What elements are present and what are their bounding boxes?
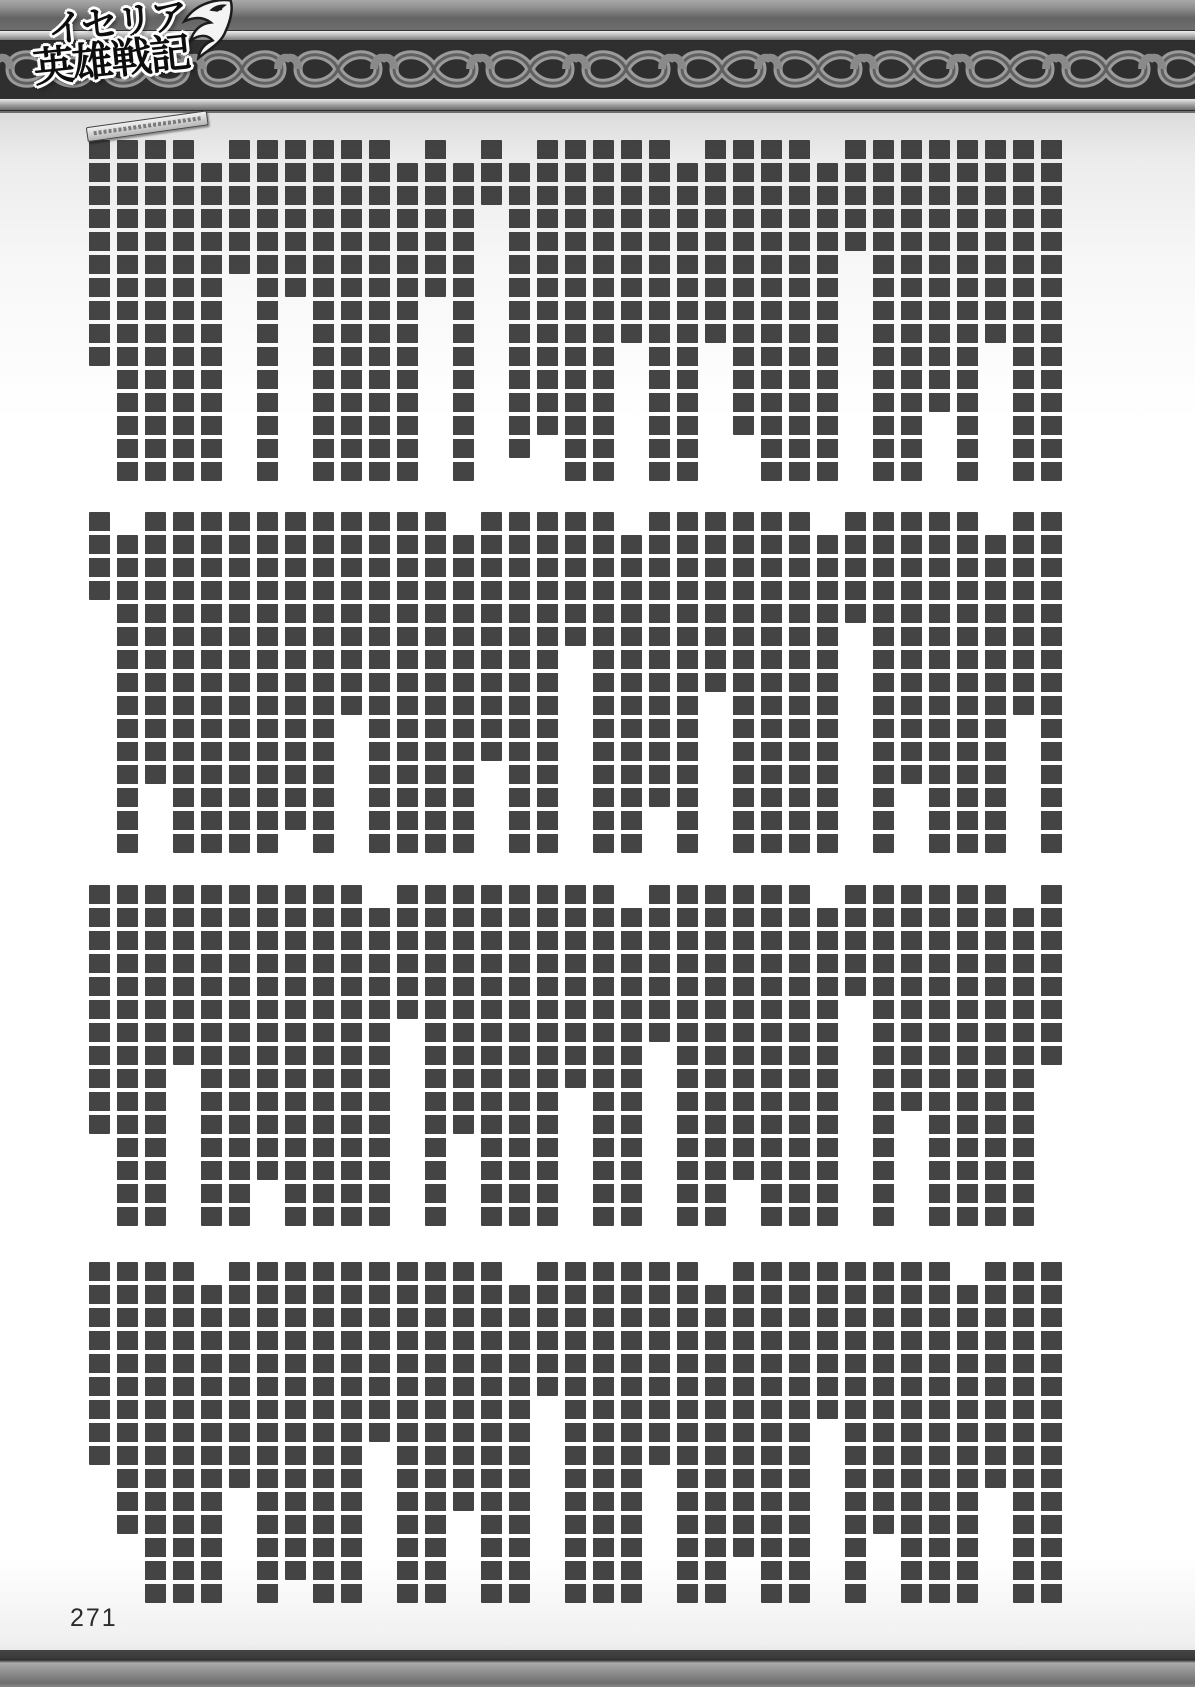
text-column-redacted (397, 512, 418, 853)
text-column-redacted (985, 885, 1006, 1226)
text-column-redacted (677, 512, 698, 853)
text-column-redacted (733, 885, 754, 1180)
text-column-redacted (1041, 1262, 1062, 1603)
text-column-redacted (621, 140, 642, 343)
text-column-redacted (985, 140, 1006, 343)
text-column-redacted (285, 512, 306, 830)
text-column-redacted (257, 885, 278, 1180)
text-column-redacted (89, 140, 110, 366)
text-column-redacted (789, 885, 810, 1226)
text-column-redacted (313, 512, 334, 853)
text-column-redacted (89, 1262, 110, 1465)
text-column-redacted (117, 1262, 138, 1534)
text-column-redacted (565, 1262, 586, 1603)
text-column-redacted (761, 885, 782, 1226)
text-column-redacted (817, 163, 838, 481)
text-column-redacted (453, 885, 474, 1134)
text-column-redacted (705, 140, 726, 343)
text-column-redacted (229, 140, 250, 274)
text-column-redacted (677, 885, 698, 1226)
text-column-redacted (229, 512, 250, 853)
text-column-redacted (509, 885, 530, 1226)
text-column-redacted (397, 163, 418, 481)
text-column-redacted (565, 885, 586, 1088)
text-column-redacted (89, 885, 110, 1134)
text-band-3 (80, 885, 1062, 1240)
text-column-redacted (649, 140, 670, 481)
text-column-redacted (873, 140, 894, 481)
text-column-redacted (901, 1262, 922, 1603)
text-column-redacted (621, 908, 642, 1226)
text-column-redacted (565, 512, 586, 646)
text-column-redacted (481, 1262, 502, 1603)
text-column-redacted (873, 512, 894, 853)
text-column-redacted (257, 1262, 278, 1603)
text-column-redacted (537, 140, 558, 435)
series-logo: イセリア 英雄戦記 (28, 0, 255, 143)
text-column-redacted (621, 1262, 642, 1603)
text-column-redacted (201, 163, 222, 481)
text-column-redacted (957, 1285, 978, 1603)
text-column-redacted (593, 140, 614, 481)
text-column-redacted (285, 885, 306, 1226)
text-column-redacted (1041, 140, 1062, 481)
logo-ribbon (86, 110, 209, 142)
text-column-redacted (369, 908, 390, 1226)
text-column-redacted (1041, 512, 1062, 853)
text-column-redacted (173, 140, 194, 481)
text-column-redacted (845, 1262, 866, 1603)
text-column-redacted (649, 512, 670, 807)
text-column-redacted (117, 535, 138, 853)
text-column-redacted (705, 1285, 726, 1603)
text-column-redacted (537, 512, 558, 853)
text-column-redacted (761, 512, 782, 853)
text-column-redacted (817, 908, 838, 1226)
text-column-redacted (313, 140, 334, 481)
text-column-redacted (845, 885, 866, 996)
text-column-redacted (425, 512, 446, 853)
text-column-redacted (117, 885, 138, 1226)
text-column-redacted (117, 140, 138, 481)
text-column-redacted (201, 885, 222, 1226)
text-column-redacted (509, 163, 530, 458)
text-column-redacted (705, 512, 726, 692)
text-column-redacted (649, 1262, 670, 1465)
text-column-redacted (537, 885, 558, 1226)
text-column-redacted (929, 512, 950, 853)
text-column-redacted (817, 535, 838, 853)
footer-bar (0, 1650, 1195, 1687)
text-column-redacted (789, 1262, 810, 1603)
book-page: { "_note": "Scanned Japanese novel page.… (0, 0, 1195, 1687)
text-column-redacted (425, 1262, 446, 1603)
text-column-redacted (957, 885, 978, 1226)
text-column-redacted (873, 1262, 894, 1534)
text-column-redacted (733, 1262, 754, 1557)
text-column-redacted (929, 140, 950, 412)
text-column-redacted (509, 512, 530, 853)
text-column-redacted (929, 885, 950, 1226)
text-column-redacted (341, 885, 362, 1226)
text-column-redacted (481, 512, 502, 761)
text-column-redacted (313, 885, 334, 1226)
text-column-redacted (985, 1262, 1006, 1488)
text-column-redacted (845, 512, 866, 623)
text-band-1 (80, 140, 1062, 485)
text-column-redacted (761, 140, 782, 481)
text-column-redacted (649, 885, 670, 1042)
text-column-redacted (285, 140, 306, 297)
text-column-redacted (901, 140, 922, 481)
text-column-redacted (201, 512, 222, 853)
text-column-redacted (705, 885, 726, 1226)
text-column-redacted (453, 1262, 474, 1511)
text-column-redacted (565, 140, 586, 481)
text-column-redacted (593, 1262, 614, 1603)
text-column-redacted (481, 885, 502, 1226)
text-column-redacted (397, 1262, 418, 1603)
text-column-redacted (369, 512, 390, 853)
text-column-redacted (145, 885, 166, 1226)
text-column-redacted (313, 1262, 334, 1603)
text-column-redacted (929, 1262, 950, 1603)
text-column-redacted (369, 140, 390, 481)
text-column-redacted (257, 512, 278, 853)
text-column-redacted (1013, 1262, 1034, 1603)
text-column-redacted (145, 1262, 166, 1603)
text-column-redacted (677, 163, 698, 481)
text-column-redacted (985, 535, 1006, 853)
text-column-redacted (789, 140, 810, 481)
text-column-redacted (341, 1262, 362, 1603)
text-column-redacted (593, 512, 614, 853)
text-column-redacted (873, 885, 894, 1226)
text-column-redacted (257, 140, 278, 481)
text-column-redacted (621, 535, 642, 853)
text-column-redacted (229, 885, 250, 1226)
text-column-redacted (901, 885, 922, 1111)
text-column-redacted (425, 140, 446, 297)
text-column-redacted (481, 140, 502, 205)
text-column-redacted (285, 1262, 306, 1580)
text-column-redacted (425, 885, 446, 1226)
text-column-redacted (341, 512, 362, 715)
text-column-redacted (1013, 140, 1034, 481)
text-column-redacted (369, 1262, 390, 1442)
text-column-redacted (341, 140, 362, 481)
text-column-redacted (593, 885, 614, 1226)
text-column-redacted (229, 1262, 250, 1488)
page-number: 271 (70, 1604, 118, 1633)
text-column-redacted (1013, 908, 1034, 1226)
text-band-2 (80, 512, 1062, 858)
text-column-redacted (677, 1262, 698, 1603)
text-column-redacted (145, 140, 166, 481)
text-column-redacted (509, 1285, 530, 1603)
text-band-4 (80, 1262, 1062, 1595)
text-column-redacted (761, 1262, 782, 1603)
text-column-redacted (789, 512, 810, 853)
text-column-redacted (397, 885, 418, 1019)
text-column-redacted (733, 140, 754, 435)
text-column-redacted (453, 163, 474, 481)
text-column-redacted (145, 512, 166, 784)
text-column-redacted (89, 512, 110, 600)
text-column-redacted (173, 512, 194, 853)
text-column-redacted (1013, 512, 1034, 715)
text-column-redacted (901, 512, 922, 784)
text-column-redacted (453, 535, 474, 853)
text-column-redacted (537, 1262, 558, 1396)
text-column-redacted (173, 1262, 194, 1603)
text-column-redacted (817, 1262, 838, 1419)
text-column-redacted (1041, 885, 1062, 1065)
text-column-redacted (173, 885, 194, 1065)
text-column-redacted (733, 512, 754, 853)
text-column-redacted (957, 512, 978, 853)
text-column-redacted (201, 1285, 222, 1603)
text-column-redacted (845, 140, 866, 251)
text-column-redacted (957, 140, 978, 481)
